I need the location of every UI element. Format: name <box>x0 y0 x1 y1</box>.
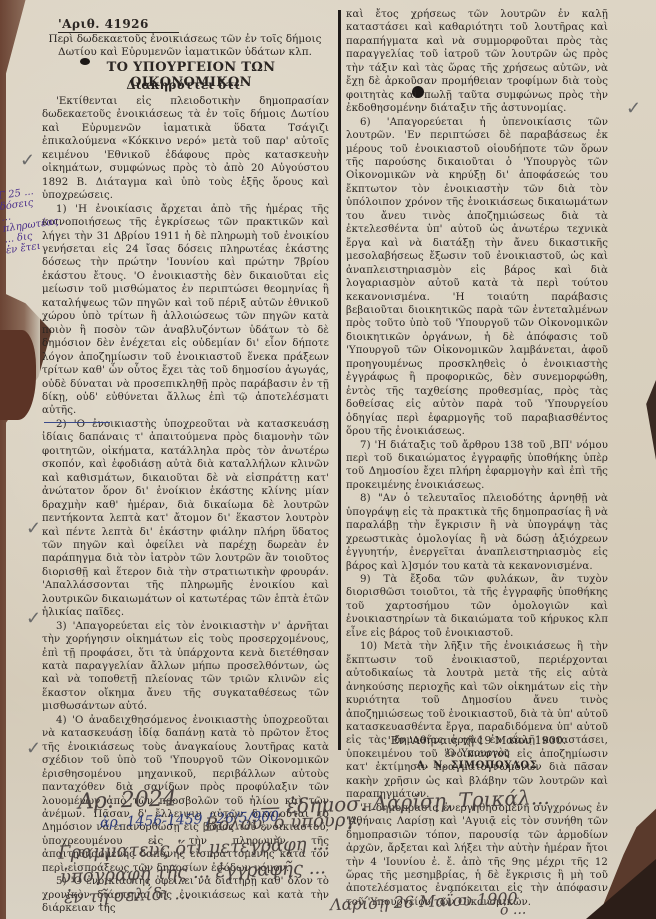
date-line: 'Εν 'Αθήναις τῇ 19 Μαΐου 1900. <box>346 734 608 747</box>
handwritten-line: Αρ. 2024 <box>78 786 178 814</box>
paper-tear-stain <box>0 330 36 420</box>
signatory-name: Α. Ν. ΣΙΜΟΠΟΥΛΟΣ <box>346 760 608 771</box>
right-column-text: καὶ ἔτος χρήσεως τῶν λουτρῶν ἐν καλῇ κατ… <box>346 8 608 909</box>
paragraph-term-1: 1) 'Η ἐνοικίασις ἄρχεται ἀπὸ τῆς ἡμέρας … <box>42 203 329 418</box>
paragraph-term-9: 9) Τὰ ἔξοδα τῶν φυλάκων, ἂν τυχὸν διορισ… <box>346 573 608 640</box>
column-divider <box>338 10 341 750</box>
check-mark-icon: ✓ <box>26 518 41 539</box>
paragraph-term-8: 8) "Αν ὁ τελευταῖος πλειοδότης ἀρνηθῇ νὰ… <box>346 492 608 573</box>
ink-blot <box>80 58 90 65</box>
paragraph-intro: 'Εκτίθενται εἰς πλειοδοτικὴν δημοπρασίαν… <box>42 95 329 203</box>
check-mark-icon: ✓ <box>26 738 41 759</box>
paragraph-term-6: 6) 'Απαγορεύεται ἡ ὑπενοικίασις τῶν λουτ… <box>346 116 608 439</box>
check-mark-icon: ✓ <box>20 150 35 171</box>
check-mark-icon: ✓ <box>626 98 641 119</box>
signatory-title: 'Ο 'Υπουργὸς <box>346 748 608 759</box>
paragraph-term-3: 3) 'Απαγορεύεται εἰς τὸν ἐνοικιαστὴν ν' … <box>42 620 329 714</box>
paragraph-term-5-cont: καὶ ἔτος χρήσεως τῶν λουτρῶν ἐν καλῇ κατ… <box>346 8 608 116</box>
paragraph-term-10: 10) Μετὰ τὴν λῆξιν τῆς ἐνοικιάσεως ἢ τὴν… <box>346 640 608 801</box>
check-mark-icon: ✓ <box>26 608 41 629</box>
document-subject: Περὶ δωδεκαετοῦς ἐνοικιάσεως τῶν ἐν τοῖς… <box>40 33 330 59</box>
paragraph-term-7: 7) 'Η διάταξις τοῦ ἄρθρου 138 τοῦ ,ΒΠ' ν… <box>346 439 608 493</box>
paragraph-term-2: 2) 'Ο ἐνοικιαστὴς ὑποχρεοῦται νὰ κατασκε… <box>42 418 329 620</box>
announcement-heading: Διακηρύττει ὅτι' <box>40 78 330 92</box>
handwritten-line: ὁ ... <box>500 902 527 919</box>
document-number: 'Αριθ. 41926 <box>58 17 179 33</box>
blue-underline-mark <box>44 422 110 423</box>
